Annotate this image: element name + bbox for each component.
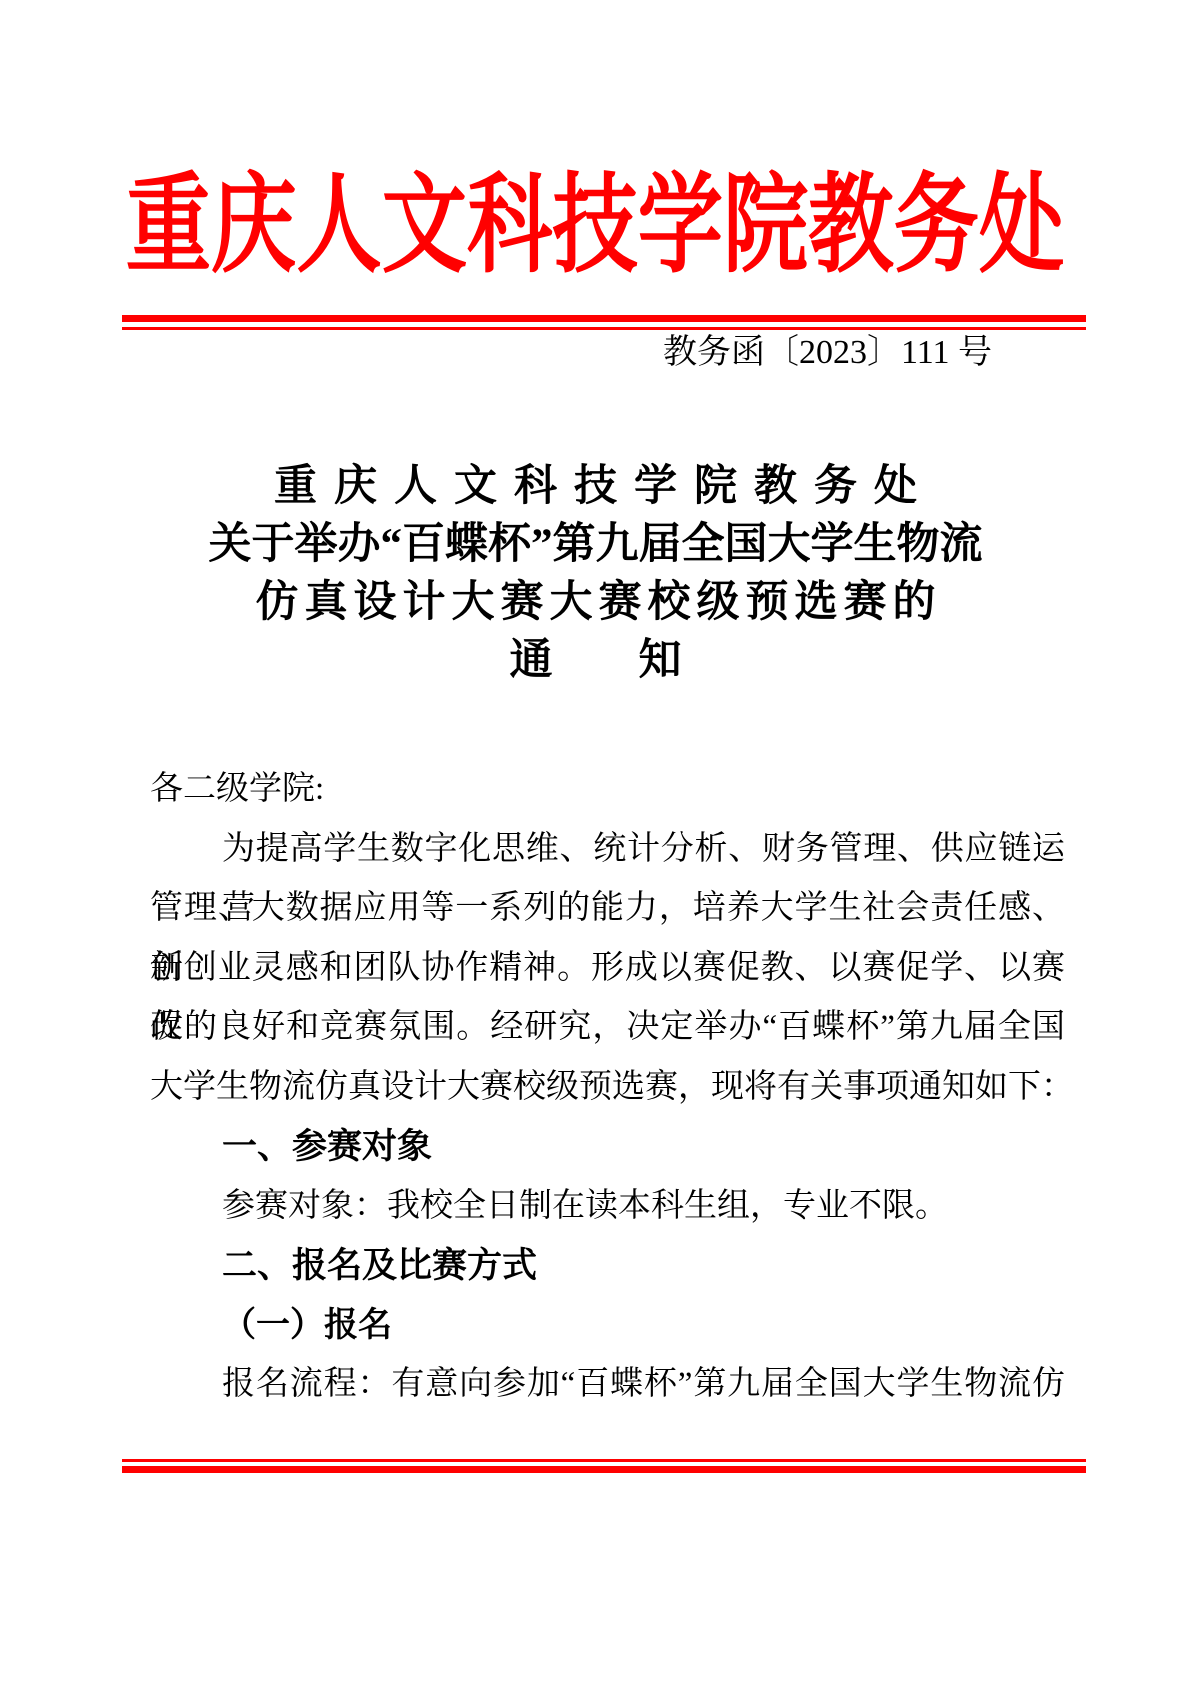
rule-thin-line [122, 1459, 1086, 1462]
body-line: 为提高学生数字化思维、统计分析、财务管理、供应链运营 [150, 820, 1065, 880]
notice-title: 重庆人文科技学院教务处 关于举办“百蝶杯”第九届全国大学生物流 仿真设计大赛大赛… [0, 458, 1191, 690]
section-heading-1: 一、参赛对象 [150, 1117, 1065, 1177]
subsection-heading: （一）报名 [150, 1296, 1065, 1356]
document-reference-number: 教务函〔2023〕111 号 [663, 330, 992, 376]
body-line: 大学生物流仿真设计大赛校级预选赛，现将有关事项通知如下： [150, 1058, 1065, 1118]
body-line: 新创业灵感和团队协作精神。形成以赛促教、以赛促学、以赛促 [150, 939, 1065, 999]
section-heading-2: 二、报名及比赛方式 [150, 1236, 1065, 1296]
rule-thick-line [122, 315, 1086, 322]
notice-title-line-2: 关于举办“百蝶杯”第九届全国大学生物流 [0, 516, 1191, 574]
rule-thick-line [122, 1466, 1086, 1473]
body-line: 报名流程：有意向参加“百蝶杯”第九届全国大学生物流仿 [150, 1355, 1065, 1415]
red-letterhead: 重庆人文科技学院教务处 [0, 168, 1191, 286]
footer-rule [122, 1459, 1086, 1473]
notice-body: 各二级学院: 为提高学生数字化思维、统计分析、财务管理、供应链运营 管理、大数据… [150, 760, 1065, 1415]
notice-title-line-4: 通 知 [0, 632, 1191, 690]
body-line: 管理、大数据应用等一系列的能力，培养大学生社会责任感、创 [150, 879, 1065, 939]
notice-title-line-3: 仿真设计大赛大赛校级预选赛的 [0, 574, 1191, 632]
official-notice-page: 重庆人文科技学院教务处 教务函〔2023〕111 号 重庆人文科技学院教务处 关… [0, 0, 1191, 1684]
salutation: 各二级学院: [150, 760, 1065, 820]
body-line: 参赛对象：我校全日制在读本科生组，专业不限。 [150, 1177, 1065, 1237]
body-line: 改的良好和竞赛氛围。经研究，决定举办“百蝶杯”第九届全国 [150, 998, 1065, 1058]
letterhead-rule [122, 315, 1086, 330]
notice-title-line-1: 重庆人文科技学院教务处 [0, 458, 1191, 516]
letterhead-title: 重庆人文科技学院教务处 [126, 168, 1065, 286]
